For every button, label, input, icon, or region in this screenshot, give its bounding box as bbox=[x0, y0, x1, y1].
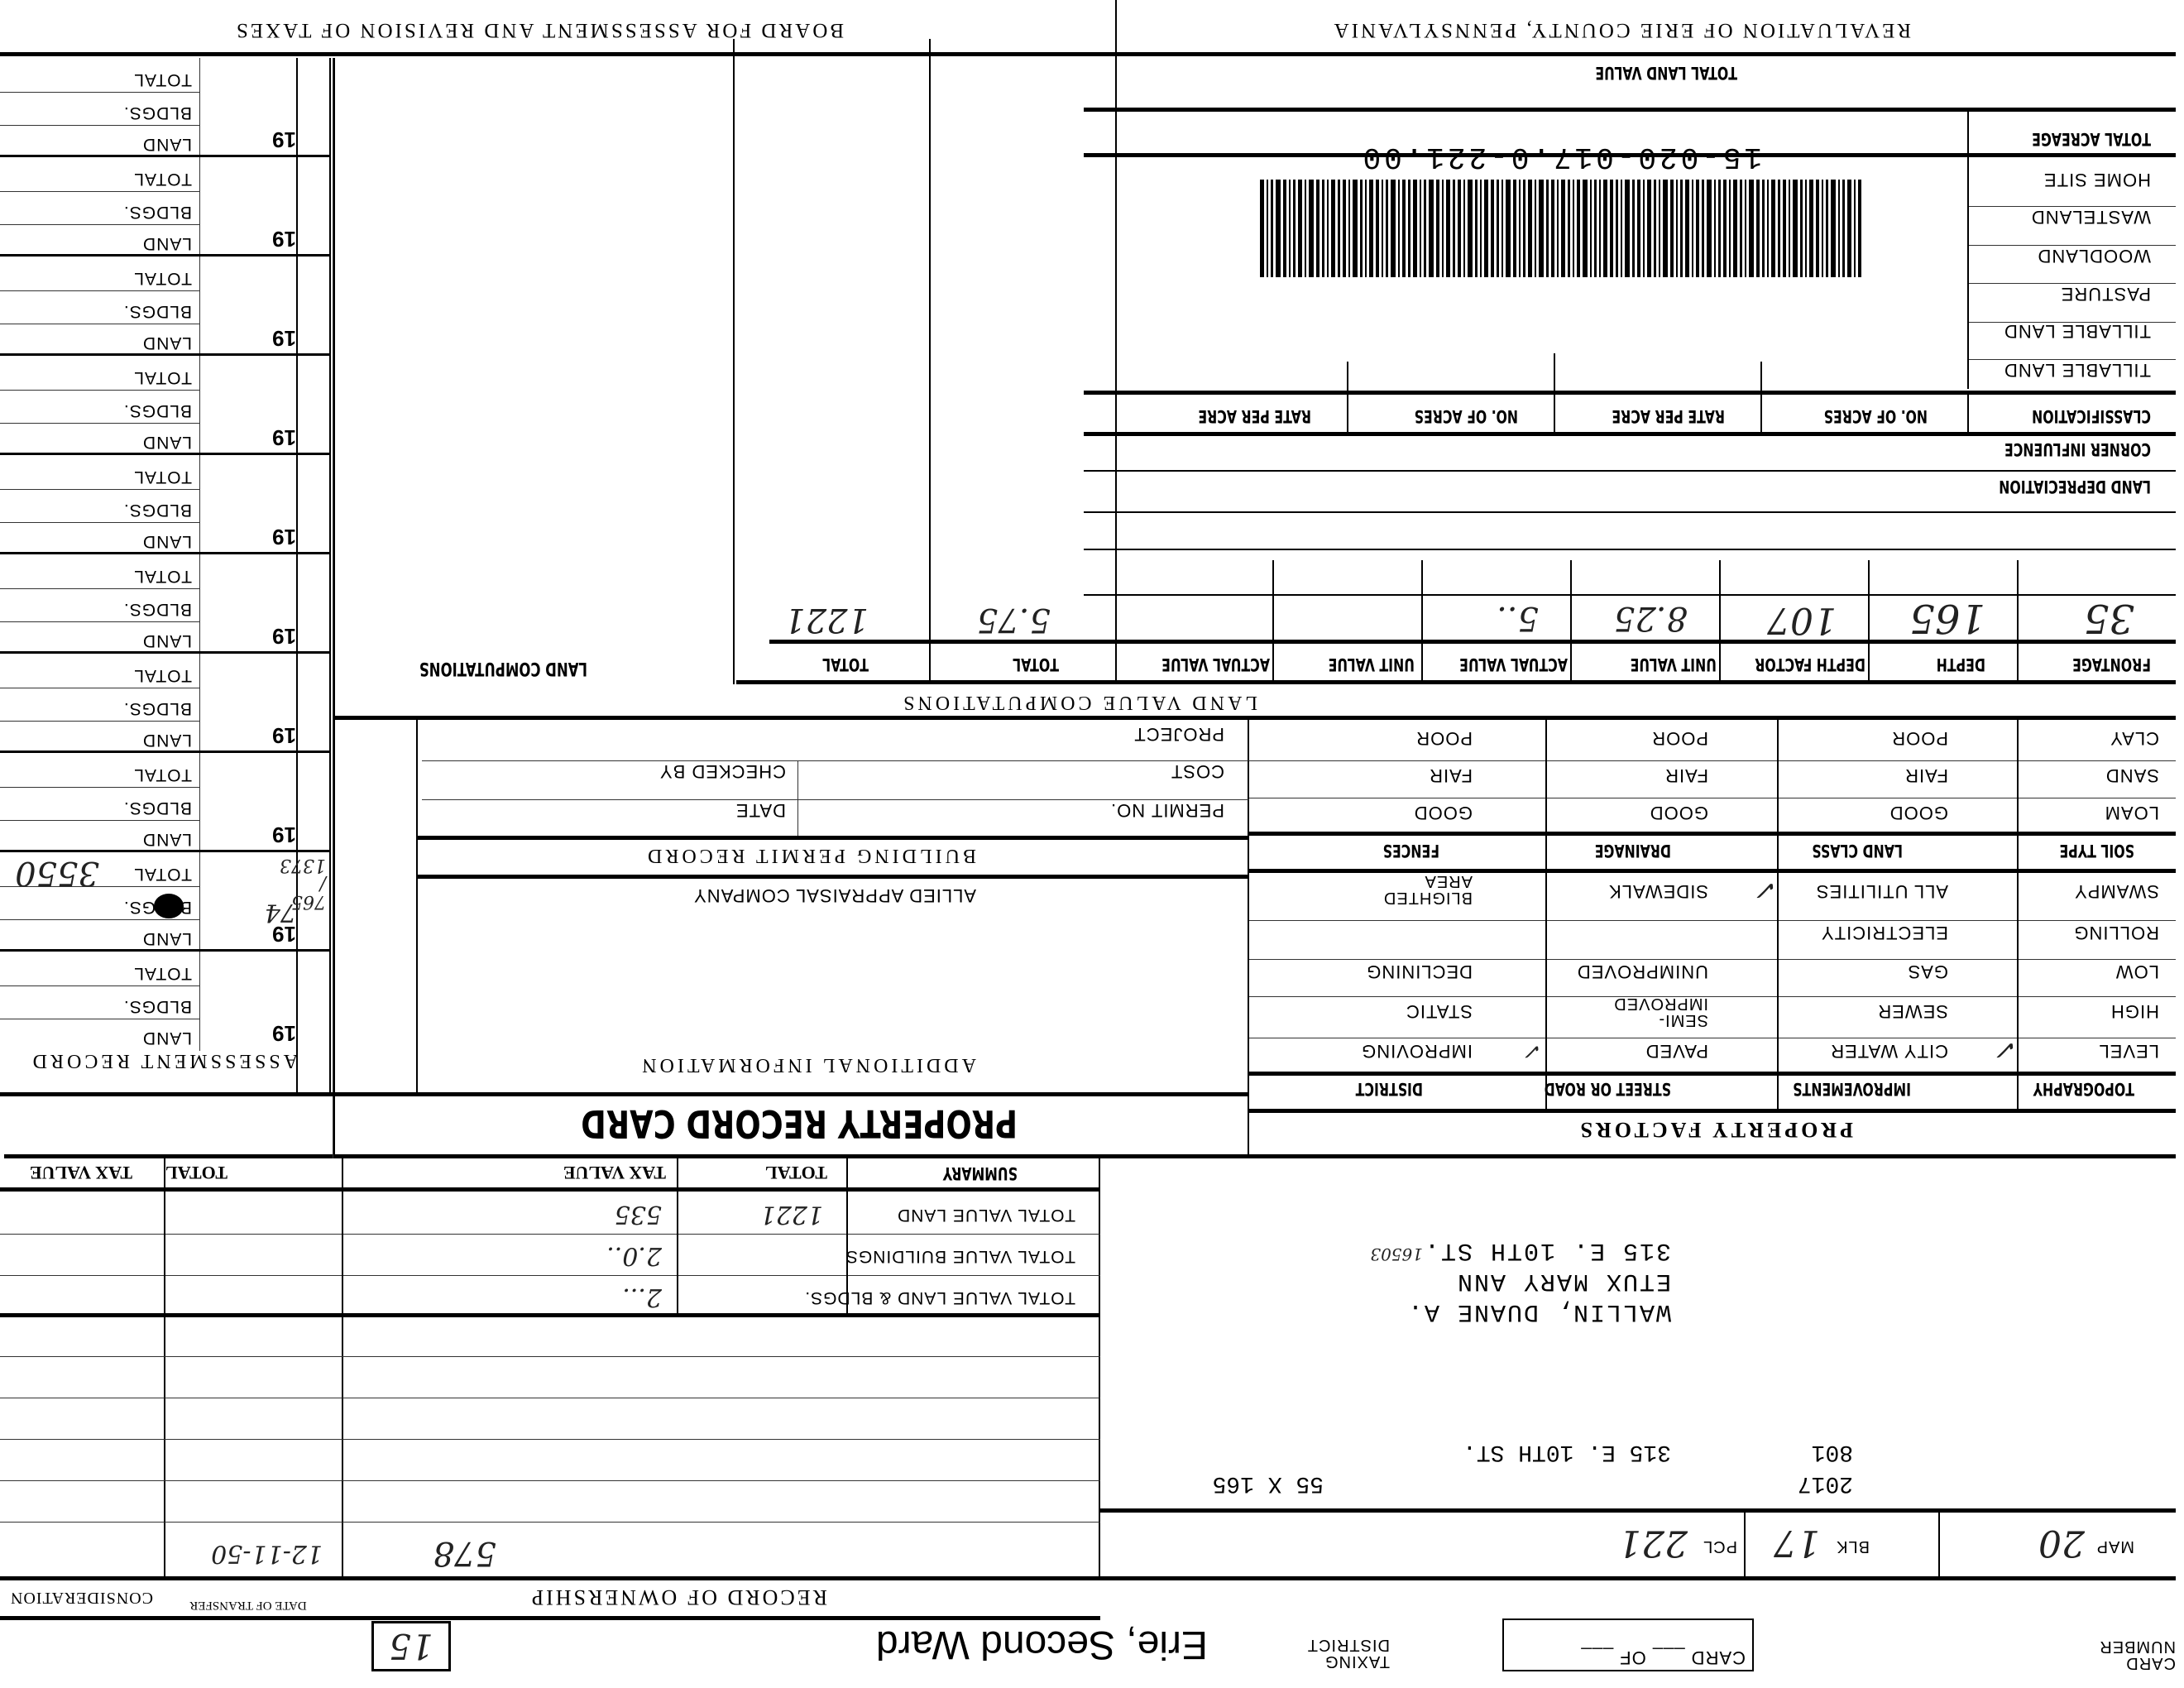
impr-electricity: ELECTRICITY bbox=[1821, 922, 1948, 943]
property-record-card: REVALUATION OF ERIE COUNTY, PENNSYLVANIA… bbox=[0, 0, 2184, 1688]
soil-clay: CLAY bbox=[2110, 727, 2159, 749]
rule bbox=[164, 1158, 165, 1580]
header-rule bbox=[0, 52, 2176, 56]
col-actual-value-2: ACTUAL VALUE bbox=[1161, 655, 1270, 674]
row-label-bldgs: BLDGS. bbox=[123, 599, 192, 619]
assessment-record-title: ASSESSMENT RECORD bbox=[30, 1049, 298, 1072]
year-prefix: 19 bbox=[272, 524, 296, 549]
zip-note: 16503 bbox=[1370, 1244, 1423, 1264]
rule bbox=[1249, 1038, 2176, 1038]
assessment-block: 19 LAND BLDGS. TOTAL bbox=[0, 750, 331, 852]
land-depreciation-label: LAND DEPRECIATION bbox=[1999, 477, 2151, 496]
drainage-label: DRAINAGE bbox=[1595, 841, 1671, 861]
row-label-land: LAND bbox=[142, 432, 192, 452]
district-static: STATIC bbox=[1406, 1000, 1473, 1022]
street-paved-check-icon[interactable]: ✓ bbox=[1525, 1038, 1543, 1063]
rule bbox=[1719, 560, 1721, 684]
rule bbox=[422, 760, 1249, 761]
rule bbox=[0, 919, 200, 920]
summary-row-land: TOTAL VALUE LAND bbox=[897, 1205, 1075, 1225]
row-label-total: TOTAL bbox=[133, 963, 192, 983]
rule bbox=[1084, 108, 2176, 112]
col-total-1: TOTAL bbox=[1013, 655, 1059, 674]
rule bbox=[0, 1576, 2176, 1580]
rule bbox=[0, 1616, 1100, 1620]
year-prefix: 19 bbox=[272, 623, 296, 649]
allied-appraisal-label: ALLIED APPRAISAL COMPANY bbox=[693, 885, 976, 906]
rule bbox=[0, 688, 200, 688]
rule bbox=[0, 1398, 1100, 1398]
rule bbox=[1545, 720, 1547, 1113]
topo-rolling: ROLLING bbox=[2073, 922, 2159, 943]
street-or-road-label: STREET OR ROAD bbox=[1545, 1079, 1671, 1099]
rule bbox=[2017, 720, 2019, 1113]
row-label-land: LAND bbox=[142, 233, 192, 253]
year-prefix: 19 bbox=[272, 127, 296, 152]
project-label: PROJECT bbox=[1133, 723, 1224, 745]
rule bbox=[1777, 720, 1779, 1113]
row-label-bldgs: BLDGS. bbox=[123, 400, 192, 420]
rule bbox=[1249, 798, 2176, 798]
taxing-district-label: TAXING DISTRICT bbox=[1299, 1637, 1390, 1670]
row-pasture: PASTURE bbox=[2061, 283, 2151, 305]
rule bbox=[0, 621, 200, 622]
topo-swampy: SWAMPY bbox=[2074, 880, 2159, 902]
barcode bbox=[1191, 180, 1861, 277]
assessment-block: 19 LAND BLDGS. TOTAL bbox=[0, 155, 331, 257]
corner-influence-label: CORNER INFLUENCE bbox=[2004, 439, 2151, 459]
row-label-land: LAND bbox=[142, 134, 192, 154]
district-blighted: BLIGHTED AREA bbox=[1390, 873, 1473, 906]
total-acreage-label: TOTAL ACREAGE bbox=[2032, 129, 2151, 149]
row-label-total: TOTAL bbox=[133, 566, 192, 586]
rule bbox=[1967, 395, 1969, 436]
code-801: 801 bbox=[1812, 1439, 1853, 1465]
assessment-block: 19 LAND BLDGS. TOTAL bbox=[0, 58, 331, 157]
rule bbox=[0, 721, 200, 722]
rule bbox=[335, 716, 2176, 720]
rule bbox=[1347, 362, 1348, 436]
drainage-fair: FAIR bbox=[1664, 765, 1708, 786]
street-unimproved: UNIMPROVED bbox=[1577, 961, 1708, 982]
row-label-land: LAND bbox=[142, 631, 192, 650]
row-label-bldgs: BLDGS. bbox=[123, 202, 192, 222]
row-label-land: LAND bbox=[142, 829, 192, 849]
rule bbox=[1967, 112, 1969, 389]
row-tillable-1: TILLABLE LAND bbox=[2004, 320, 2151, 342]
landclass-good: GOOD bbox=[1889, 802, 1948, 823]
row-label-total: TOTAL bbox=[133, 467, 192, 487]
rule bbox=[333, 58, 335, 1158]
rule bbox=[1760, 362, 1762, 436]
row-tillable-2: TILLABLE LAND bbox=[2004, 359, 2151, 381]
district-declining: DECLINING bbox=[1366, 961, 1473, 982]
header-left-title: REVALUATION OF ERIE COUNTY, PENNSYLVANIA bbox=[1332, 18, 1911, 41]
row-label-land: LAND bbox=[142, 1028, 192, 1048]
assessment-block: 19 LAND BLDGS. TOTAL bbox=[0, 949, 331, 1051]
record-of-ownership-title: RECORD OF OWNERSHIP bbox=[529, 1585, 827, 1609]
rule bbox=[1084, 432, 2176, 436]
rule bbox=[1249, 1072, 2176, 1076]
total-2-value: 1221 bbox=[784, 601, 869, 639]
ink-blot bbox=[154, 894, 184, 918]
impr-all-utilities-check-icon[interactable]: ✓ bbox=[1756, 875, 1779, 906]
rule bbox=[0, 985, 200, 986]
summary-col-tax-value-2: TAX VALUE bbox=[30, 1162, 132, 1183]
soil-type-label: SOIL TYPE bbox=[2059, 841, 2134, 861]
row-label-total: TOTAL bbox=[133, 268, 192, 288]
checked-by-label: CHECKED BY bbox=[659, 760, 786, 782]
card-number-label: CARD NUMBER bbox=[2101, 1638, 2176, 1671]
year-prefix: 19 bbox=[272, 822, 296, 847]
rule bbox=[1570, 560, 1572, 684]
pcl-value[interactable]: 221 bbox=[1618, 1522, 1688, 1564]
col-classification: CLASSIFICATION bbox=[2032, 406, 2151, 426]
impr-gas: GAS bbox=[1908, 961, 1948, 982]
rule bbox=[677, 1158, 678, 1317]
fences-good: GOOD bbox=[1414, 802, 1473, 823]
rule bbox=[0, 522, 200, 523]
summary-land-tax: 535 bbox=[615, 1200, 662, 1229]
land-value-computations-title: LAND VALUE COMPUTATIONS bbox=[900, 691, 1257, 713]
depth-factor-value: 107 bbox=[1767, 599, 1837, 641]
rule bbox=[1249, 959, 2176, 960]
rule bbox=[416, 720, 418, 1096]
rule bbox=[2017, 560, 2019, 684]
assessment-block: 19 LAND BLDGS. TOTAL bbox=[0, 353, 331, 455]
total-land-value-label: TOTAL LAND VALUE bbox=[1595, 63, 1737, 83]
col-actual-value-1: ACTUAL VALUE bbox=[1459, 655, 1568, 674]
additional-information-title: ADDITIONAL INFORMATION bbox=[639, 1053, 976, 1076]
rule bbox=[769, 640, 2176, 644]
rule bbox=[1249, 869, 2176, 873]
rule bbox=[797, 761, 798, 840]
rule bbox=[846, 1158, 848, 1317]
row-label-total: TOTAL bbox=[133, 864, 192, 884]
assessment-block: 19 74 765 / 1373 LAND BLDGS. TOTAL 3550 bbox=[0, 850, 331, 952]
impr-all-utilities: ALL UTILITIES bbox=[1816, 880, 1948, 902]
cost-label: COST bbox=[1171, 760, 1224, 782]
row-label-total: TOTAL bbox=[133, 765, 192, 784]
taxing-district-value: Erie, Second Ward bbox=[876, 1622, 1208, 1667]
rule bbox=[0, 324, 200, 324]
rule bbox=[1272, 560, 1274, 684]
assessment-block: 19 LAND BLDGS. TOTAL bbox=[0, 651, 331, 753]
row-woodland: WOODLAND bbox=[2037, 245, 2151, 266]
row-label-bldgs: BLDGS. bbox=[123, 500, 192, 520]
rule bbox=[418, 836, 1249, 840]
blk-label: BLK bbox=[1836, 1537, 1870, 1556]
improvements-label: IMPROVEMENTS bbox=[1793, 1079, 1911, 1099]
landclass-poor: POOR bbox=[1891, 727, 1948, 749]
property-factors-title: PROPERTY FACTORS bbox=[1578, 1117, 1853, 1142]
header-right-title: BOARD FOR ASSESSMENT AND REVISION OF TAX… bbox=[234, 18, 844, 41]
fences-label: FENCES bbox=[1383, 841, 1439, 861]
assessment-block: 19 LAND BLDGS. TOTAL bbox=[0, 254, 331, 356]
row-label-land: LAND bbox=[142, 730, 192, 750]
drainage-good: GOOD bbox=[1650, 802, 1708, 823]
rule bbox=[1554, 353, 1555, 436]
year-prefix: 19 bbox=[272, 325, 296, 351]
street-semi-improved: SEMI-IMPROVED bbox=[1609, 995, 1708, 1029]
assessment-blocks: 19 LAND BLDGS. TOTAL 19 74 765 / 1373 LA… bbox=[0, 58, 331, 1051]
summary-land-total: 1221 bbox=[760, 1200, 823, 1229]
rule bbox=[1249, 996, 2176, 997]
soil-loam: LOAM bbox=[2105, 802, 2159, 823]
year-prefix: 19 bbox=[272, 226, 296, 252]
district-code-box: 15 bbox=[371, 1621, 451, 1671]
map-value[interactable]: 20 bbox=[2038, 1522, 2085, 1564]
depth-value: 165 bbox=[1909, 595, 1985, 641]
row-label-total: TOTAL bbox=[133, 367, 192, 387]
rule bbox=[1249, 1109, 2176, 1113]
rule bbox=[1084, 549, 2176, 550]
owner-line2: ETUX MARY ANN bbox=[1456, 1267, 1671, 1295]
rule bbox=[929, 39, 931, 684]
col-rate-per-acre-1: RATE PER ACRE bbox=[1612, 406, 1725, 426]
rule bbox=[1084, 470, 2176, 472]
rule bbox=[1099, 1158, 1100, 1580]
rule bbox=[0, 787, 200, 788]
summary-bldgs-tax: 2.0.. bbox=[606, 1241, 662, 1270]
row-label-bldgs: BLDGS. bbox=[123, 996, 192, 1016]
impr-city-water: CITY WATER bbox=[1830, 1040, 1948, 1062]
ownership-deed: 578 bbox=[433, 1534, 496, 1572]
card-of-label: CARD ___ OF ___ bbox=[1580, 1647, 1746, 1668]
rule bbox=[0, 224, 200, 225]
rule bbox=[0, 820, 200, 821]
building-permit-title: BUILDING PERMIT RECORD bbox=[644, 844, 976, 866]
row-wasteland: WASTELAND bbox=[2031, 206, 2151, 228]
rule bbox=[1084, 511, 2176, 513]
rule bbox=[0, 290, 200, 291]
rule bbox=[1100, 1508, 2176, 1513]
rule bbox=[0, 1480, 1100, 1481]
topo-high: HIGH bbox=[2110, 1000, 2159, 1022]
fences-fair: FAIR bbox=[1429, 765, 1473, 786]
rule bbox=[1249, 760, 2176, 761]
soil-sand: SAND bbox=[2105, 765, 2159, 786]
impr-sewer: SEWER bbox=[1877, 1000, 1948, 1022]
rule bbox=[1744, 1513, 1746, 1580]
row-label-bldgs: BLDGS. bbox=[123, 103, 192, 122]
topo-low: LOW bbox=[2115, 961, 2159, 982]
col-total-2: TOTAL bbox=[822, 655, 869, 674]
date-label: DATE bbox=[735, 799, 786, 821]
card-of-box[interactable]: CARD ___ OF ___ bbox=[1502, 1618, 1754, 1671]
unit-value-value: 8.25 bbox=[1614, 599, 1688, 637]
rule bbox=[0, 1092, 335, 1096]
rule bbox=[1421, 560, 1423, 684]
row-label-total: TOTAL bbox=[133, 169, 192, 189]
col-consideration: CONSIDERATION bbox=[10, 1588, 153, 1607]
rule bbox=[1249, 832, 2176, 836]
summary-total-tax: 2... bbox=[622, 1283, 662, 1312]
rule bbox=[0, 1356, 1100, 1357]
district-improving: IMPROVING bbox=[1361, 1040, 1473, 1062]
year-prefix: 19 bbox=[272, 722, 296, 748]
drainage-poor: POOR bbox=[1651, 727, 1708, 749]
land-class-label: LAND CLASS bbox=[1812, 841, 1903, 861]
street-paved: PAVED bbox=[1645, 1040, 1708, 1062]
location-address: 315 E. 10TH ST. bbox=[1463, 1439, 1671, 1465]
rule bbox=[0, 886, 200, 887]
land-computations-side-title: LAND COMPUTATIONS bbox=[419, 658, 587, 679]
summary-col-total-1: TOTAL bbox=[765, 1162, 827, 1183]
actual-value-value: 5.. bbox=[1497, 599, 1539, 637]
col-no-of-acres-2: NO. OF ACRES bbox=[1415, 406, 1518, 426]
row-label-bldgs: BLDGS. bbox=[123, 798, 192, 818]
col-unit-value-2: UNIT VALUE bbox=[1329, 655, 1415, 674]
card-title: PROPERTY RECORD CARD bbox=[581, 1101, 1018, 1146]
row-label-land: LAND bbox=[142, 531, 192, 551]
summary-title: SUMMARY bbox=[943, 1163, 1018, 1183]
assessment-block: 19 LAND BLDGS. TOTAL bbox=[0, 552, 331, 654]
col-unit-value-1: UNIT VALUE bbox=[1631, 655, 1717, 674]
rule bbox=[0, 588, 200, 589]
year-prefix: 19 bbox=[272, 424, 296, 450]
summary-row-land-bldgs: TOTAL VALUE LAND & BLDGS. bbox=[804, 1288, 1075, 1307]
rule bbox=[0, 191, 200, 192]
row-label-bldgs: BLDGS. bbox=[123, 301, 192, 321]
summary-row-buildings: TOTAL VALUE BUILDINGS bbox=[845, 1246, 1075, 1266]
rule bbox=[0, 92, 200, 93]
col-no-of-acres-1: NO. OF ACRES bbox=[1824, 406, 1928, 426]
rule bbox=[0, 423, 200, 424]
owner-line1: WALLIN, DUANE A. bbox=[1406, 1297, 1671, 1326]
owner-line3: 315 E. 10TH ST. bbox=[1423, 1236, 1671, 1264]
assessment-block: 19 LAND BLDGS. TOTAL bbox=[0, 453, 331, 554]
fences-poor: POOR bbox=[1415, 727, 1473, 749]
lot-size: 55 X 165 bbox=[1213, 1470, 1324, 1496]
rule bbox=[4, 1154, 2176, 1158]
rule bbox=[0, 1522, 1100, 1523]
rule bbox=[1084, 391, 2176, 395]
rule bbox=[0, 489, 200, 490]
col-rate-per-acre-2: RATE PER ACRE bbox=[1198, 406, 1311, 426]
blk-value[interactable]: 17 bbox=[1774, 1522, 1820, 1564]
rule bbox=[1938, 1513, 1940, 1580]
row-label-total: TOTAL bbox=[133, 70, 192, 89]
row-label-land: LAND bbox=[142, 333, 192, 352]
landclass-fair: FAIR bbox=[1904, 765, 1948, 786]
col-depth-factor: DEPTH FACTOR bbox=[1755, 655, 1865, 674]
rule bbox=[0, 1019, 200, 1019]
rule bbox=[418, 875, 1249, 879]
parcel-id: 15-020-017.0-221.00 bbox=[1360, 140, 1762, 174]
rule bbox=[1868, 560, 1870, 684]
rule bbox=[333, 58, 333, 1158]
rule bbox=[0, 125, 200, 126]
map-label: MAP bbox=[2096, 1537, 2134, 1556]
rule bbox=[0, 1439, 1100, 1440]
frontage-value: 35 bbox=[2084, 595, 2134, 641]
assessment-note: 765 / 1373 bbox=[293, 856, 326, 910]
street-sidewalk: SIDEWALK bbox=[1608, 880, 1708, 902]
rule bbox=[733, 39, 735, 684]
row-label-land: LAND bbox=[142, 928, 192, 948]
col-date-of-transfer: DATE OF TRANSFER bbox=[174, 1598, 323, 1612]
col-depth: DEPTH bbox=[1937, 655, 1985, 674]
rule bbox=[1084, 594, 2176, 596]
district-label: DISTRICT bbox=[1356, 1079, 1423, 1099]
total-1-value: 5.75 bbox=[977, 601, 1051, 639]
summary-col-total-2: TOTAL bbox=[165, 1162, 227, 1183]
rule bbox=[342, 1158, 343, 1580]
permit-no-label: PERMIT NO. bbox=[1110, 799, 1224, 821]
topo-level-check-icon[interactable]: ✓ bbox=[1996, 1034, 2019, 1066]
ownership-date: 12-11-50 bbox=[211, 1539, 323, 1568]
rule bbox=[736, 680, 2176, 684]
row-label-total: TOTAL bbox=[133, 665, 192, 685]
col-frontage: FRONTAGE bbox=[2072, 655, 2151, 674]
rule bbox=[0, 390, 200, 391]
summary-col-tax-value-1: TAX VALUE bbox=[563, 1162, 666, 1183]
rule bbox=[1249, 920, 2176, 921]
rule bbox=[1115, 0, 1117, 684]
topography-label: TOPOGRAPHY bbox=[2033, 1079, 2134, 1099]
row-home-site: HOME SITE bbox=[2043, 169, 2151, 190]
pcl-label: PCL bbox=[1703, 1537, 1737, 1556]
code-2017: 2017 bbox=[1798, 1470, 1853, 1496]
topo-level: LEVEL bbox=[2099, 1040, 2160, 1062]
row-label-bldgs: BLDGS. bbox=[123, 698, 192, 718]
year-prefix: 19 bbox=[272, 1020, 296, 1046]
